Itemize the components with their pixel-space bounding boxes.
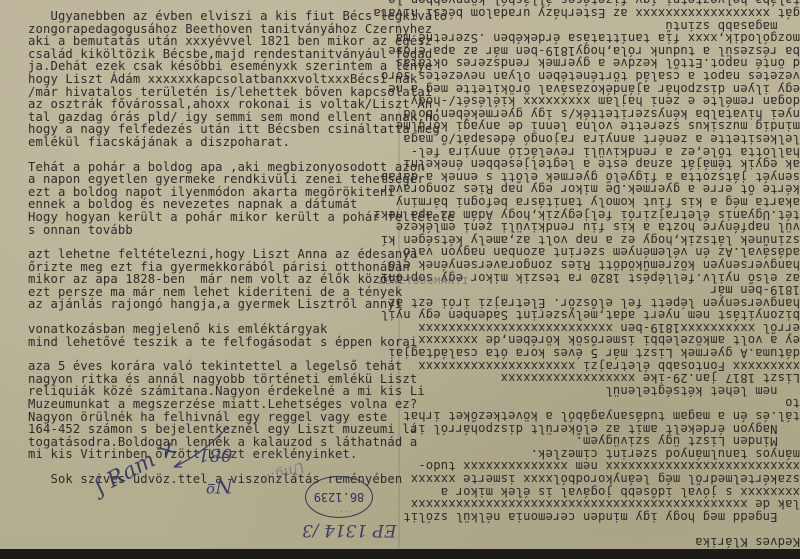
typed-line-upside-down: mányos tanulmányod szerint cimezlek. (373, 447, 800, 460)
typed-line-upside-down: lelkesitette a zenért annyira rajongó éd… (373, 132, 800, 145)
typed-line-upside-down: ey a volt amközelebbi ismerősök körében,… (373, 334, 800, 347)
scan-bottom-edge (0, 549, 800, 559)
typed-line-upside-down: bizonyitást nem nyert adat,melyszerint S… (373, 309, 800, 322)
typed-line-upside-down: senyét játszotta a figyelő gyermek előtt… (373, 170, 800, 183)
typed-line-upside-down: nem lehet kétségtelenül (373, 384, 800, 397)
typed-line-upside-down: mindig muzsikus szerette volna lenni de … (373, 120, 800, 133)
typed-line-upside-down: Kedves Klárika (373, 535, 800, 548)
typed-line-upside-down: vül napfényre hozta a kis fiu rendkivüli… (373, 221, 800, 234)
typed-line-upside-down: hangversenyen közreműködött Ries zongora… (373, 258, 800, 271)
typed-line-upside-down: kérte őt erre a gyermek.De mikor egy nap… (373, 183, 800, 196)
typed-line-upside-down: szakértelmedről még leánykorodbólxxxx is… (373, 472, 800, 485)
typed-line-upside-down: to (373, 397, 800, 410)
typed-line-upside-down: egy ilyen diszpohár ajándékozásával örök… (373, 82, 800, 95)
typed-line-upside-down: d önté napot.Ettől kezdve a gyermek rend… (373, 57, 800, 70)
typed-line-upside-down: Liszt 1817 jan.29-ike xxxxxxxxxxxxxxxxxx (373, 372, 800, 385)
typed-line-upside-down: hallotta tőle,ez a rendkivüli reveláció … (373, 145, 800, 158)
typed-line-upside-down: magasabb szintű (373, 19, 800, 32)
faint-stamp-text: ZENETUDOMÁNYI (378, 276, 469, 287)
typed-line-upside-down: Nagyon érdekelt amit az előkerült diszpo… (373, 422, 800, 435)
typed-line-upside-down: erről xxxxxxxxxx1819-ben xxxxxxxxxxxxxxx… (373, 321, 800, 334)
typed-line-upside-down: dátuma.A gyermek Liszt már 5 éves kora ó… (373, 347, 800, 360)
typed-line-upside-down: talába helyeztetni,így fizetéses állásbó… (373, 0, 800, 6)
typed-line-upside-down: hangversenyen lépett fel először. Életra… (373, 296, 800, 309)
typed-line-upside-down (373, 523, 800, 536)
stamp-number: 86.1239 (314, 490, 365, 504)
pencil-mark-ref: EP 1314 /3 (302, 520, 396, 540)
scanned-letter-page: Ugyanebben az évben elviszi a kis fiut B… (0, 0, 800, 552)
pencil-arrow-icon (170, 425, 230, 470)
museum-stamp: · · · · · · 86.1239 · · · · · · · · (305, 476, 373, 518)
typed-line-upside-down: tál.és én a magam tudásanyagából a követ… (373, 409, 800, 422)
typed-line-upside-down: gát xxxxxxxxxxxxxxxxxx az Esterházy urad… (373, 6, 800, 19)
typed-line-upside-down: nyei hivatalba kényszeritették/s igy gye… (373, 107, 800, 120)
typed-line-upside-down: xxxxxxxxx Fontosabb életrajzi xxxxxxxxxx… (373, 359, 800, 372)
typed-line-upside-down: Engedd meg hogy igy minden ceremonia nél… (373, 510, 800, 523)
typed-line-upside-down: adásával.Az én véleményem szerint azonba… (373, 246, 800, 259)
typed-line-upside-down: xxxxxxxxxxxxxxxxxxxxxxxxxx nem xxxxxxxxx… (373, 460, 800, 473)
typed-line-upside-down: lak de xxxxxxxxxxxxxxxxxxxxxxxxxxxxxxxxx… (373, 498, 800, 511)
typed-line-upside-down: ak egyik témáját aznap este a legteljese… (373, 158, 800, 171)
typed-line-upside-down: mozgólodik,xxxx fia taníttatása érdekébe… (373, 32, 800, 45)
typed-line-upside-down: szinűnek látszik,hogy ez a nap volt az,a… (373, 233, 800, 246)
typed-line-upside-down: dogan remélte e zeni hajlam xxxxxxxxx ki… (373, 95, 800, 108)
typed-line-upside-down: xxxxxxxx s jóval idősebb jogával is élek… (373, 485, 800, 498)
typed-line-upside-down: tét.Ugyanis életrajzirói feljegyzik,hogy… (373, 208, 800, 221)
typed-line-upside-down: Minden Liszt ügy szivügyem. (373, 435, 800, 448)
typed-line-upside-down: vezetes napot a család történetében olya… (373, 69, 800, 82)
typed-line-upside-down: ba részesül a tudunk róla,hogy1819-ben m… (373, 44, 800, 57)
pencil-mark-number-2: Nº (206, 474, 233, 498)
typed-line-upside-down: akarta még a kis fiut komoly tanitásra b… (373, 195, 800, 208)
